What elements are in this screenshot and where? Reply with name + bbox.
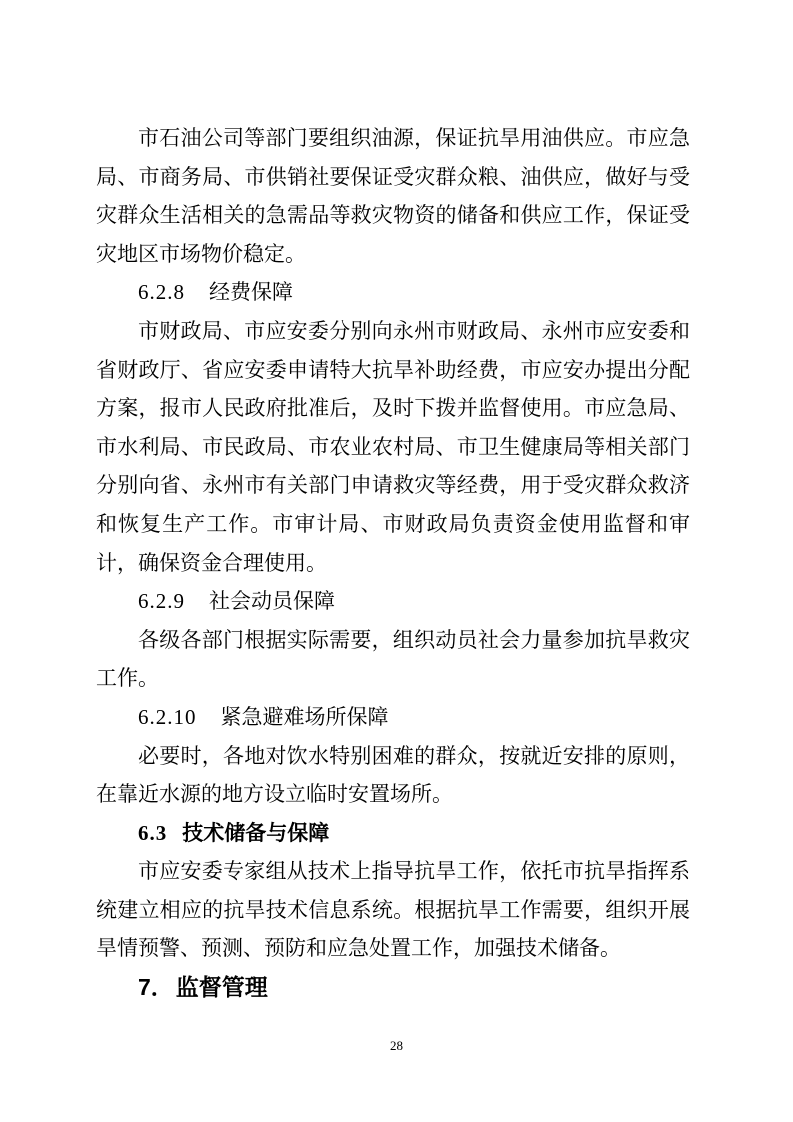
paragraph-social-mobilization: 各级各部门根据实际需要，组织动员社会力量参加抗旱救灾工作。 [96,621,690,698]
section-number: 6.2.10 [138,705,197,729]
page-footer: 28 [0,1038,793,1054]
section-heading-6-2-8: 6.2.8经费保障 [96,273,690,312]
paragraph-emergency-shelter: 必要时，各地对饮水特别困难的群众，按就近安排的原则，在靠近水源的地方设立临时安置… [96,737,690,814]
paragraph-technical-reserve: 市应安委专家组从技术上指导抗旱工作，依托市抗旱指挥系统建立相应的抗旱技术信息系统… [96,852,690,968]
section-heading-6-3: 6.3技术储备与保障 [96,814,690,853]
section-title: 经费保障 [209,280,293,304]
section-number: 6.2.9 [138,589,185,613]
section-heading-6-2-9: 6.2.9社会动员保障 [96,582,690,621]
paragraph-funding-guarantee: 市财政局、市应安委分别向永州市财政局、永州市应安委和省财政厅、省应安委申请特大抗… [96,312,690,582]
chapter-number: 7． [138,974,174,1000]
paragraph-supply-guarantee: 市石油公司等部门要组织油源，保证抗旱用油供应。市应急局、市商务局、市供销社要保证… [96,119,690,273]
section-title: 社会动员保障 [209,589,335,613]
chapter-heading-7: 7．监督管理 [96,968,690,1007]
section-title: 技术储备与保障 [182,821,329,845]
section-number: 6.3 [138,821,167,845]
chapter-title: 监督管理 [176,974,268,1000]
page-number: 28 [390,1038,403,1053]
document-page: 市石油公司等部门要组织油源，保证抗旱用油供应。市应急局、市商务局、市供销社要保证… [0,0,793,1122]
document-content: 市石油公司等部门要组织油源，保证抗旱用油供应。市应急局、市商务局、市供销社要保证… [96,119,690,1007]
section-heading-6-2-10: 6.2.10紧急避难场所保障 [96,698,690,737]
section-number: 6.2.8 [138,280,185,304]
section-title: 紧急避难场所保障 [221,705,389,729]
